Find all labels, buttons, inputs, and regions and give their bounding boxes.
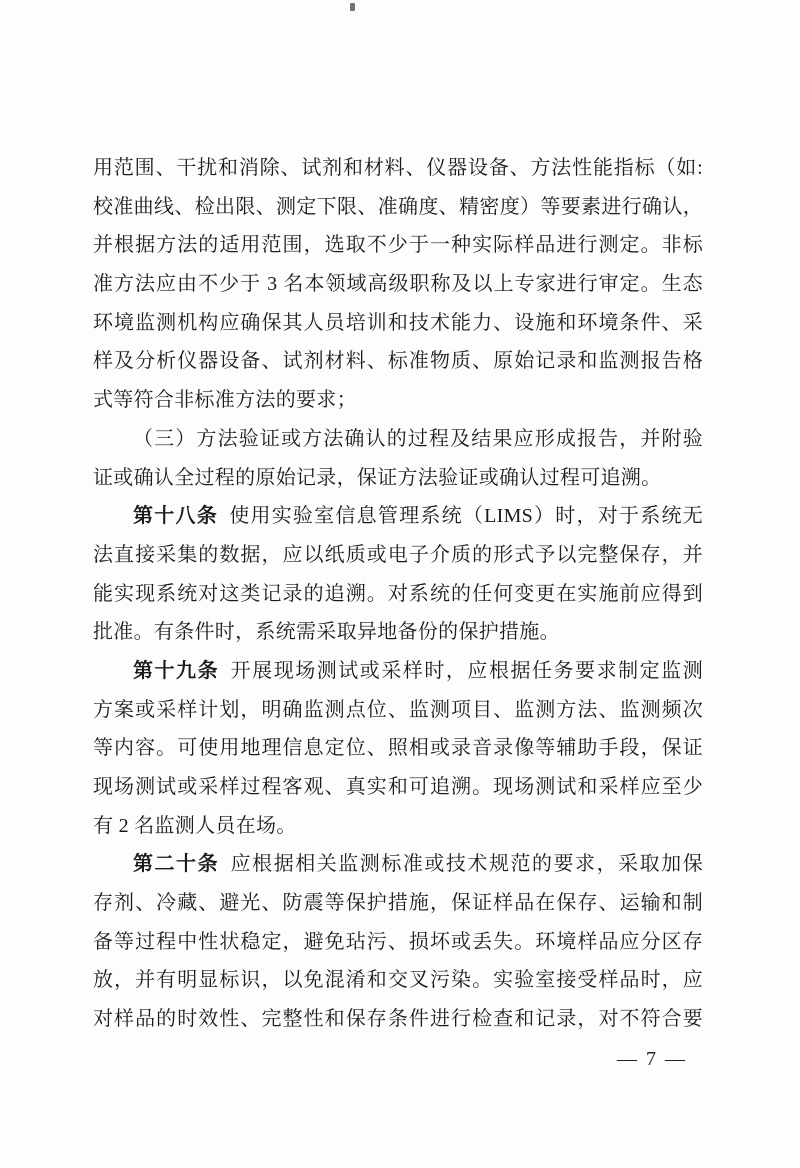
article-number: 第十八条 bbox=[133, 505, 218, 527]
text-segment: 对样品的时效性、完整性和保存条件进行检查和记录，对不符合要 bbox=[93, 1008, 703, 1030]
text-segment: 用范围、干扰和消除、试剂和材料、仪器设备、方法性能指标（如: bbox=[93, 157, 703, 179]
text-line: 现场测试或采样过程客观、真实和可追溯。现场测试和采样应至少 bbox=[93, 768, 703, 807]
text-line: 并根据方法的适用范围，选取不少于一种实际样品进行测定。非标 bbox=[93, 226, 703, 265]
text-segment: 校准曲线、检出限、测定下限、准确度、精密度）等要素进行确认， bbox=[93, 196, 703, 218]
text-segment: 使用实验室信息管理系统（LIMS）时，对于系统无 bbox=[223, 505, 703, 527]
text-line: 校准曲线、检出限、测定下限、准确度、精密度）等要素进行确认， bbox=[93, 188, 703, 227]
text-segment: 并根据方法的适用范围，选取不少于一种实际样品进行测定。非标 bbox=[93, 234, 703, 256]
text-segment: 批准。有条件时，系统需采取异地备份的保护措施。 bbox=[93, 621, 560, 643]
page-number: — 7 — bbox=[93, 1046, 687, 1072]
text-line: 对样品的时效性、完整性和保存条件进行检查和记录，对不符合要 bbox=[93, 1000, 703, 1039]
scan-speck-artifact bbox=[350, 3, 355, 11]
text-line: 备等过程中性状稳定，避免玷污、损坏或丢失。环境样品应分区存 bbox=[93, 923, 703, 962]
paragraph: 第十九条 开展现场测试或采样时，应根据任务要求制定监测方案或采样计划，明确监测点… bbox=[93, 652, 703, 845]
text-segment: 等内容。可使用地理信息定位、照相或录音录像等辅助手段，保证 bbox=[93, 737, 703, 759]
text-segment: 法直接采集的数据，应以纸质或电子介质的形式予以完整保存，并 bbox=[93, 544, 703, 566]
text-line: 等内容。可使用地理信息定位、照相或录音录像等辅助手段，保证 bbox=[93, 729, 703, 768]
text-line: 存剂、冷藏、避光、防震等保护措施，保证样品在保存、运输和制 bbox=[93, 884, 703, 923]
text-line: 批准。有条件时，系统需采取异地备份的保护措施。 bbox=[93, 613, 703, 652]
text-line: 方案或采样计划，明确监测点位、监测项目、监测方法、监测频次 bbox=[93, 691, 703, 730]
paragraph: （三）方法验证或方法确认的过程及结果应形成报告，并附验证或确认全过程的原始记录，… bbox=[93, 420, 703, 497]
text-segment: 备等过程中性状稳定，避免玷污、损坏或丢失。环境样品应分区存 bbox=[93, 931, 703, 953]
text-segment: 存剂、冷藏、避光、防震等保护措施，保证样品在保存、运输和制 bbox=[93, 892, 703, 914]
text-segment: 应根据相关监测标准或技术规范的要求，采取加保 bbox=[224, 853, 703, 875]
text-line: 第二十条 应根据相关监测标准或技术规范的要求，采取加保 bbox=[93, 845, 703, 884]
text-line: 证或确认全过程的原始记录，保证方法验证或确认过程可追溯。 bbox=[93, 459, 703, 498]
text-segment: （三）方法验证或方法确认的过程及结果应形成报告，并附验 bbox=[133, 428, 703, 450]
text-line: 能实现系统对这类记录的追溯。对系统的任何变更在实施前应得到 bbox=[93, 575, 703, 614]
text-line: 用范围、干扰和消除、试剂和材料、仪器设备、方法性能指标（如: bbox=[93, 149, 703, 188]
text-segment: 准方法应由不少于 3 名本领域高级职称及以上专家进行审定。生态 bbox=[93, 273, 703, 295]
text-line: 式等符合非标准方法的要求； bbox=[93, 381, 703, 420]
text-line: 法直接采集的数据，应以纸质或电子介质的形式予以完整保存，并 bbox=[93, 536, 703, 575]
text-line: 有 2 名监测人员在场。 bbox=[93, 807, 703, 846]
text-segment: 样及分析仪器设备、试剂材料、标准物质、原始记录和监测报告格 bbox=[93, 350, 703, 372]
paragraph: 第十八条 使用实验室信息管理系统（LIMS）时，对于系统无法直接采集的数据，应以… bbox=[93, 497, 703, 652]
text-line: 第十九条 开展现场测试或采样时，应根据任务要求制定监测 bbox=[93, 652, 703, 691]
text-segment: 有 2 名监测人员在场。 bbox=[93, 815, 297, 837]
text-line: 样及分析仪器设备、试剂材料、标准物质、原始记录和监测报告格 bbox=[93, 342, 703, 381]
paragraph: 用范围、干扰和消除、试剂和材料、仪器设备、方法性能指标（如:校准曲线、检出限、测… bbox=[93, 149, 703, 420]
text-segment: 能实现系统对这类记录的追溯。对系统的任何变更在实施前应得到 bbox=[93, 583, 703, 605]
text-line: 第十八条 使用实验室信息管理系统（LIMS）时，对于系统无 bbox=[93, 497, 703, 536]
text-segment: 开展现场测试或采样时，应根据任务要求制定监测 bbox=[224, 660, 703, 682]
text-line: 放，并有明显标识，以免混淆和交叉污染。实验室接受样品时，应 bbox=[93, 961, 703, 1000]
text-segment: 式等符合非标准方法的要求； bbox=[93, 389, 357, 411]
text-line: 准方法应由不少于 3 名本领域高级职称及以上专家进行审定。生态 bbox=[93, 265, 703, 304]
text-segment: 证或确认全过程的原始记录，保证方法验证或确认过程可追溯。 bbox=[93, 467, 661, 489]
text-segment: 放，并有明显标识，以免混淆和交叉污染。实验室接受样品时，应 bbox=[93, 969, 703, 991]
article-number: 第二十条 bbox=[133, 853, 219, 875]
text-line: （三）方法验证或方法确认的过程及结果应形成报告，并附验 bbox=[93, 420, 703, 459]
scanned-document-page: 用范围、干扰和消除、试剂和材料、仪器设备、方法性能指标（如:校准曲线、检出限、测… bbox=[0, 0, 800, 1168]
document-body: 用范围、干扰和消除、试剂和材料、仪器设备、方法性能指标（如:校准曲线、检出限、测… bbox=[93, 149, 703, 1039]
article-number: 第十九条 bbox=[133, 660, 219, 682]
text-segment: 现场测试或采样过程客观、真实和可追溯。现场测试和采样应至少 bbox=[93, 776, 703, 798]
text-segment: 环境监测机构应确保其人员培训和技术能力、设施和环境条件、采 bbox=[93, 312, 703, 334]
text-segment: 方案或采样计划，明确监测点位、监测项目、监测方法、监测频次 bbox=[93, 699, 703, 721]
text-line: 环境监测机构应确保其人员培训和技术能力、设施和环境条件、采 bbox=[93, 304, 703, 343]
paragraph: 第二十条 应根据相关监测标准或技术规范的要求，采取加保存剂、冷藏、避光、防震等保… bbox=[93, 845, 703, 1038]
